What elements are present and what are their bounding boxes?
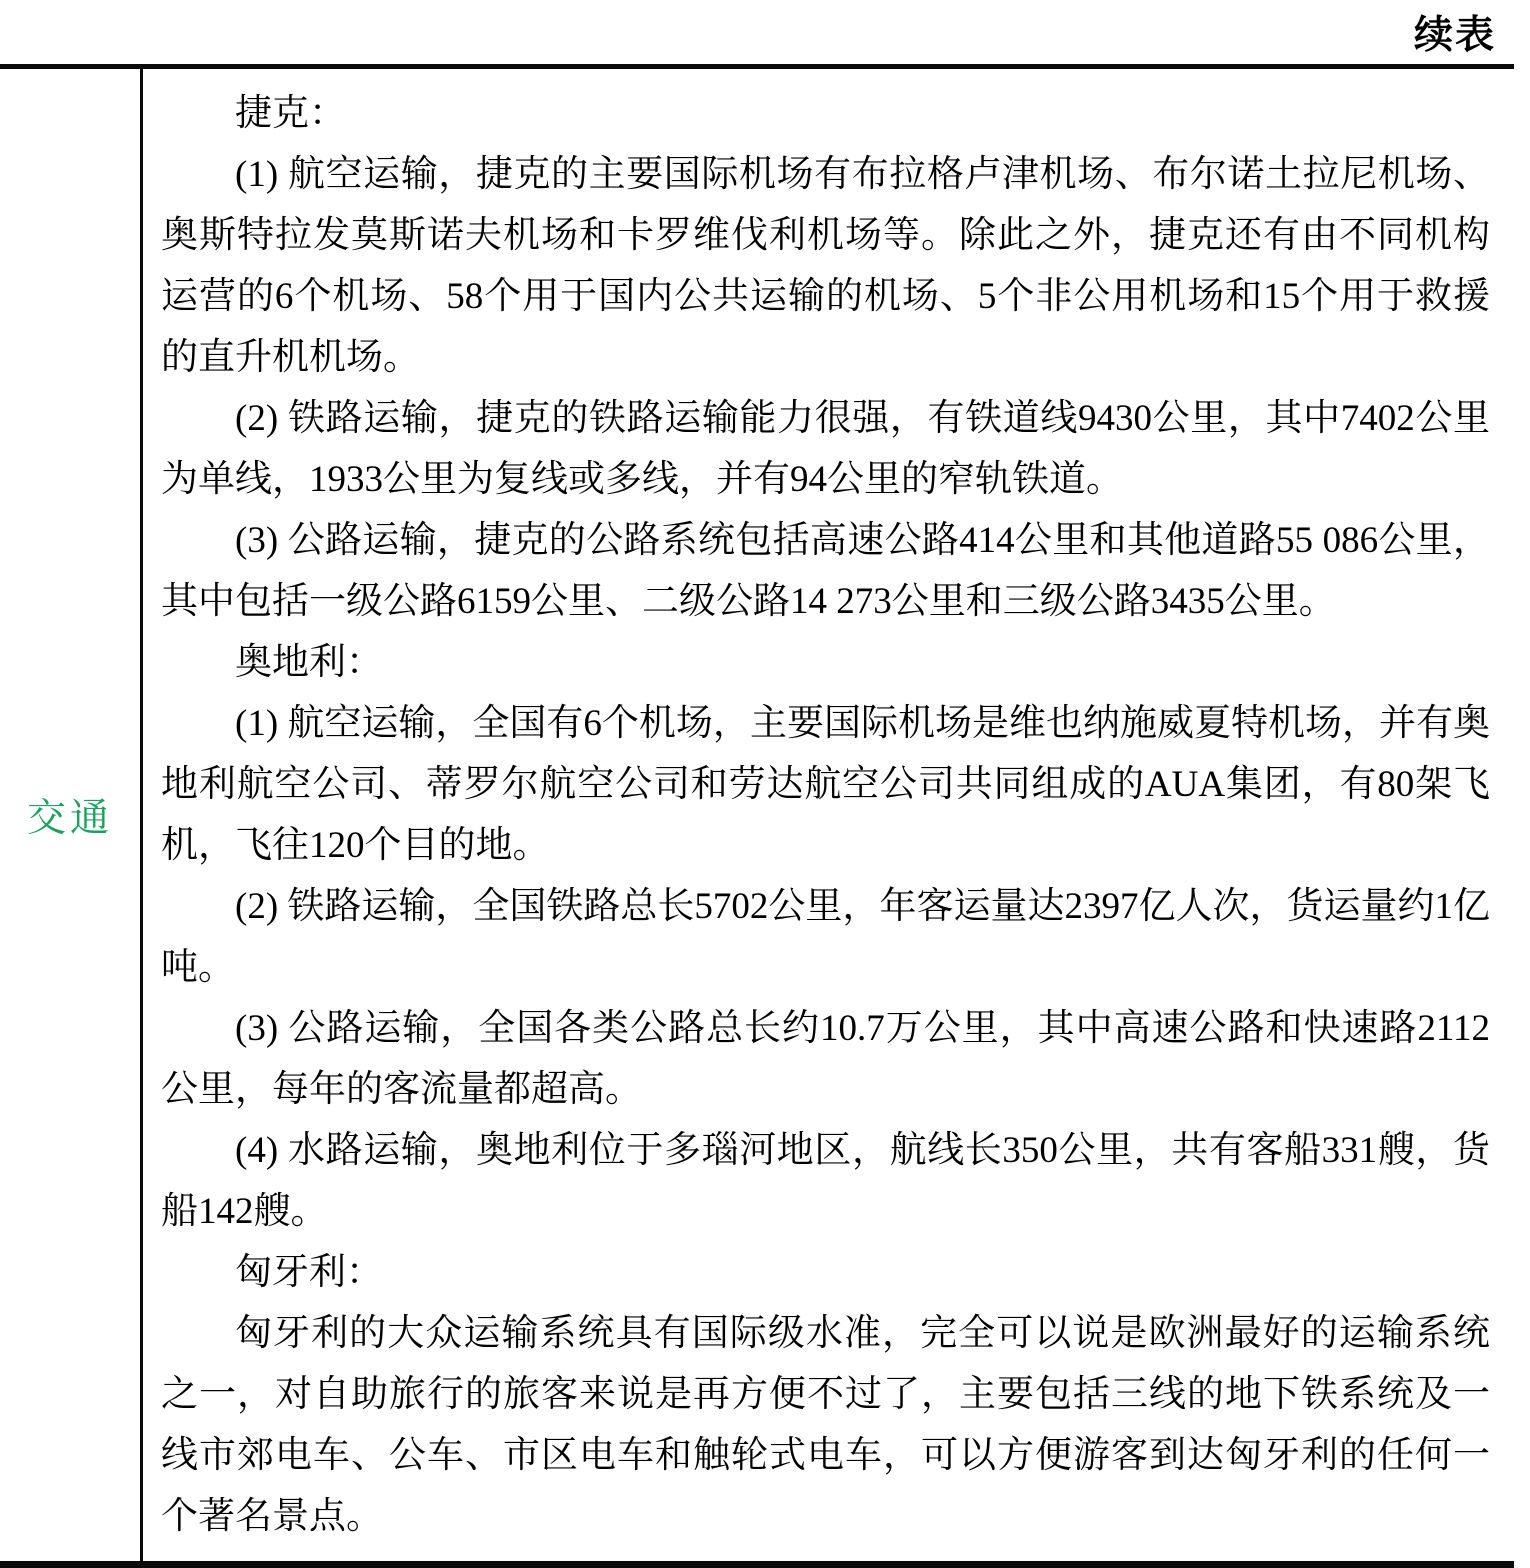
paragraph-austria-water: (4) 水路运输，奥地利位于多瑙河地区，航线长350公里，共有客船331艘，货船… [161,1120,1490,1242]
document-page: 续表 交通 捷克： (1) 航空运输，捷克的主要国际机场有布拉格卢津机场、布尔诺… [0,0,1530,1405]
paragraph-czech-road: (3) 公路运输，捷克的公路系统包括高速公路414公里和其他道路55 086公里… [161,510,1490,632]
row-label-transport: 交通 [27,787,113,843]
paragraph-czech-heading: 捷克： [161,83,1490,144]
paragraph-hungary-heading: 匈牙利： [161,1242,1490,1303]
paragraph-austria-heading: 奥地利： [161,632,1490,693]
paragraph-austria-rail: (2) 铁路运输，全国铁路总长5702公里，年客运量达2397亿人次，货运量约1… [161,876,1490,998]
paragraph-hungary-transit: 匈牙利的大众运输系统具有国际级水准，完全可以说是欧洲最好的运输系统之一，对自助旅… [161,1303,1490,1547]
paragraph-austria-air: (1) 航空运输，全国有6个机场，主要国际机场是维也纳施威夏特机场，并有奥地利航… [161,693,1490,876]
table-continuation-header: 续表 [0,0,1514,64]
paragraph-austria-road: (3) 公路运输，全国各类公路总长约10.7万公里，其中高速公路和快速路2112… [161,998,1490,1120]
transport-table: 交通 捷克： (1) 航空运输，捷克的主要国际机场有布拉格卢津机场、布尔诺土拉尼… [0,64,1514,1568]
continuation-note: 续表 [1414,4,1496,60]
row-header-cell: 交通 [0,69,143,1561]
row-content-cell: 捷克： (1) 航空运输，捷克的主要国际机场有布拉格卢津机场、布尔诺土拉尼机场、… [143,69,1514,1561]
paragraph-czech-rail: (2) 铁路运输，捷克的铁路运输能力很强，有铁道线9430公里，其中7402公里… [161,388,1490,510]
paragraph-czech-air: (1) 航空运输，捷克的主要国际机场有布拉格卢津机场、布尔诺土拉尼机场、奥斯特拉… [161,144,1490,388]
page-inner: 续表 交通 捷克： (1) 航空运输，捷克的主要国际机场有布拉格卢津机场、布尔诺… [0,0,1514,1568]
